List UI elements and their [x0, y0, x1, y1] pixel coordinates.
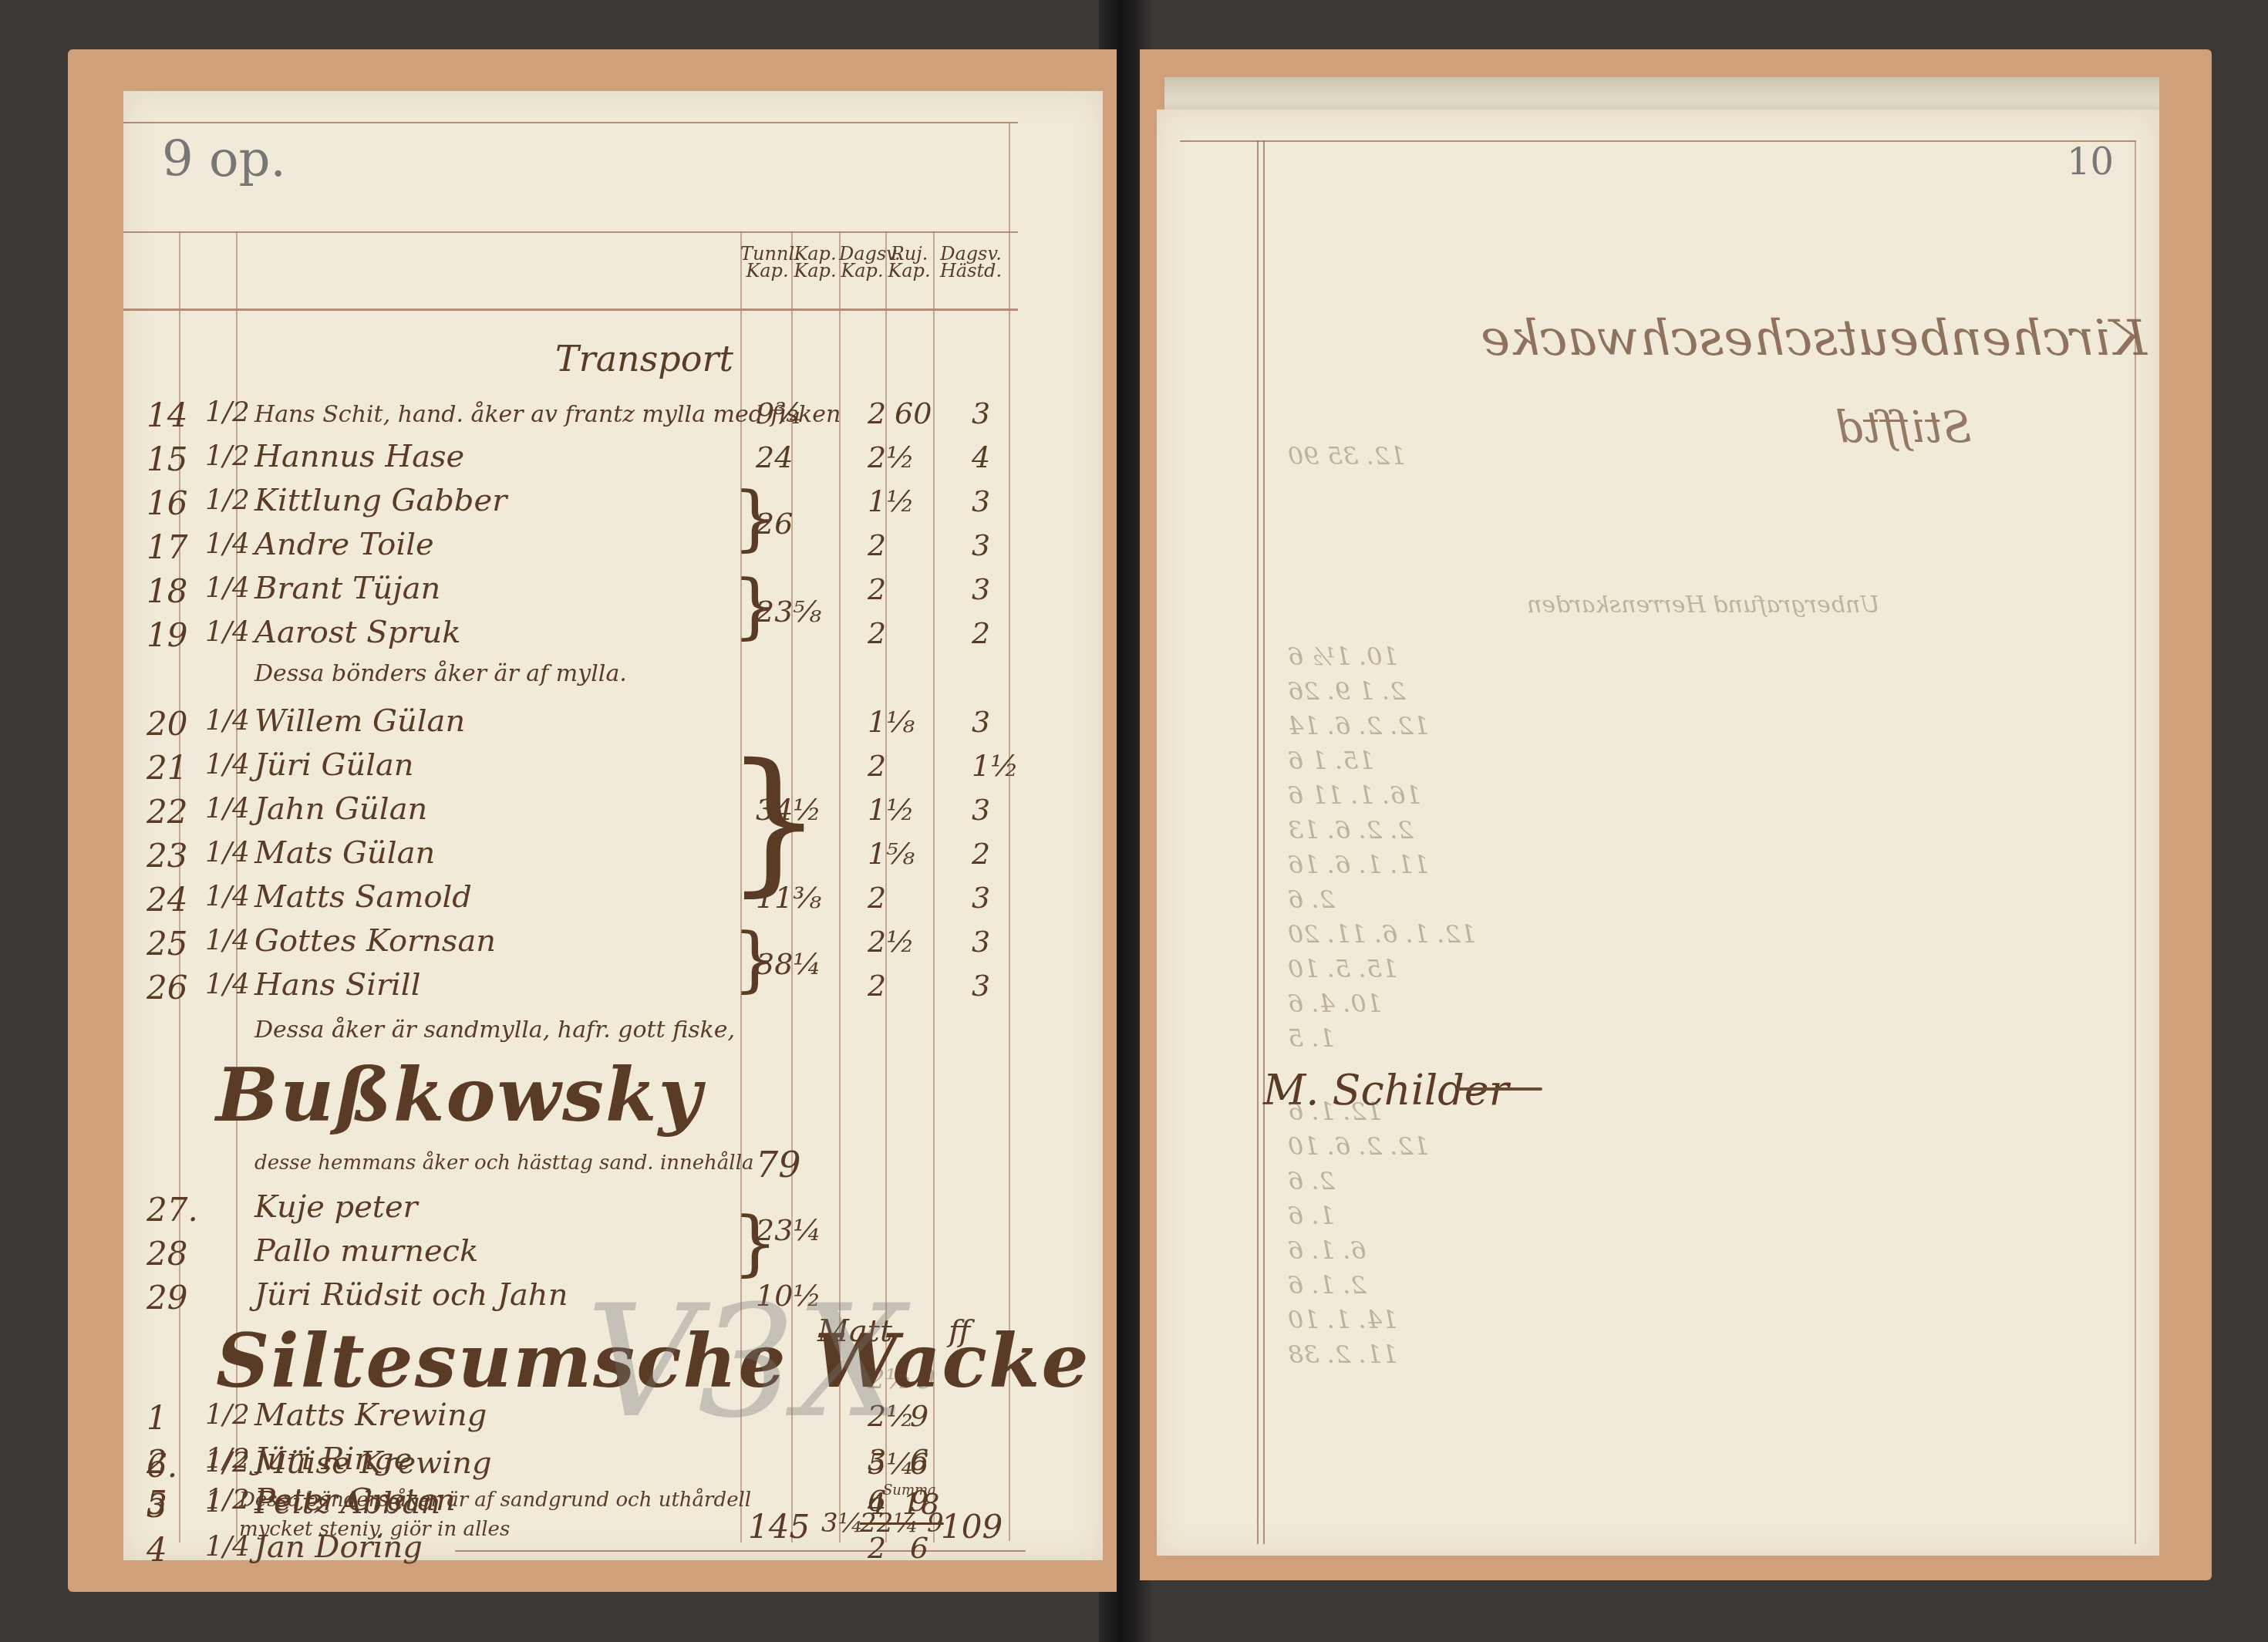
bleed-number: 10. 4. 6 — [1288, 989, 1382, 1018]
pencil-marks: V3X — [586, 1273, 905, 1452]
top-rule — [1180, 140, 2136, 142]
bleed-number: 12. 1. 6. 11. 20 — [1288, 919, 1476, 949]
bleed-number: 12. 2. 6. 14 — [1288, 711, 1429, 740]
bleed-number: 15. 1 6 — [1288, 746, 1374, 775]
bleed-number: 2. 6 — [1288, 885, 1335, 914]
bleed-number: 16. 1. 11 6 — [1288, 781, 1421, 810]
total-underline — [455, 1550, 1026, 1552]
bleed-number: 2. 6 — [1288, 1166, 1335, 1195]
bleed-through-line: Unbergrafund Herrenskarden — [1527, 592, 1880, 619]
bleed-number: 11. 1. 6. 16 — [1288, 850, 1429, 879]
folio-number: 10 — [2067, 140, 2114, 184]
bleed-number: 2. 1 9. 26 — [1288, 676, 1406, 706]
summa-label: Summa — [883, 1482, 936, 1499]
signature-flourish — [1458, 1087, 1542, 1091]
margin-rule — [1257, 140, 1259, 1544]
closing-note-2: mycket steniy, giör in alles — [239, 1518, 510, 1541]
total-c5: 109 — [941, 1508, 1003, 1546]
right-page: 10 Kirchenbeutscheschwacke Stifftd Unber… — [1157, 110, 2159, 1556]
bleed-number: 1. 5 — [1288, 1023, 1335, 1053]
bleed-number: 14. 1. 10 — [1288, 1305, 1397, 1334]
margin-rule-double — [1263, 140, 1265, 1544]
bleed-number: 1. 6 — [1288, 1201, 1335, 1230]
bleed-through-heading: Kirchenbeutscheschwacke — [1481, 310, 2147, 367]
bleed-through-subheading: Stifftd — [1835, 403, 1972, 453]
left-page-totals: 6. 1/2 Müise Krewing 5¼ 6 Dessa bönders … — [123, 0, 1103, 1642]
bleed-number: 2. 1. 6 — [1288, 1270, 1367, 1300]
bleed-number: 10. 1½ 6 — [1288, 642, 1398, 671]
total-struck: 22¼ 9 — [860, 1508, 944, 1539]
bleed-number: 15. 5. 10 — [1288, 954, 1397, 983]
total-c1: 145 — [748, 1508, 810, 1546]
bleed-number: 11. 2. 38 — [1288, 1340, 1397, 1369]
total-c3: 3¼ — [821, 1508, 864, 1539]
bleed-number: 2. 2. 6. 13 — [1288, 815, 1414, 845]
closing-note-1: Dessa bönders åker är af sandgrund och u… — [239, 1489, 751, 1512]
bleed-number: 6. 1. 6 — [1288, 1236, 1367, 1265]
bleed-number: 12. 2. 6. 10 — [1288, 1131, 1429, 1161]
bleed-number: 12. 35 90 — [1288, 441, 1406, 470]
